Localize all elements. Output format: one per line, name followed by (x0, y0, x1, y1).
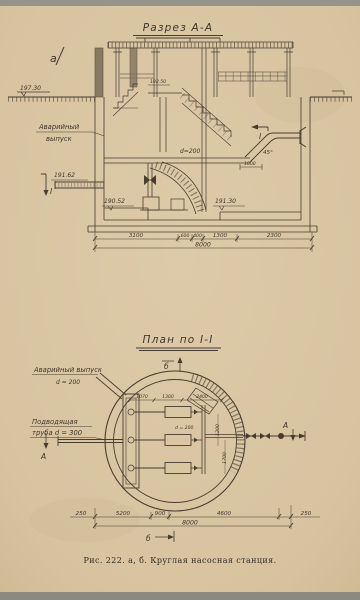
plan-marker-a-left: А (40, 452, 46, 461)
supply-pipe-label-2: труба d = 300 (32, 429, 82, 437)
plan-emergency-label-1: Аварийный выпуск (33, 366, 103, 374)
section-sub-label: а (50, 52, 57, 65)
elevation-floor-left: 190.52 (104, 198, 125, 205)
pipe-d200-label: d=200 (180, 148, 200, 155)
figure-222-drawing: Разрез А-А а 197.30 (0, 0, 360, 600)
riser-angle-label: 45° (263, 150, 273, 156)
check-valve-icon (278, 433, 284, 439)
elevation-ground: 197.30 (20, 85, 41, 92)
elevation-platform: 192.50 (150, 79, 166, 85)
plan-dim-900: 900 (155, 511, 166, 517)
elevation-floor-right: 191.30 (215, 198, 236, 205)
figure-caption: Рис. 222. а, б. Круглая насосная станция… (83, 556, 276, 565)
riser-offset-dim: 1000 (244, 161, 256, 167)
plan-dim-1200: 1200 (215, 424, 221, 436)
plan-marker-a-right: А (282, 421, 288, 430)
dim-3100: 3100 (129, 233, 144, 239)
stair-enclosure-wall (130, 48, 137, 87)
paper-stain (255, 67, 345, 123)
plan-dim-250-left: 250 (76, 511, 87, 517)
emergency-outlet-label-2: выпуск (46, 135, 73, 143)
plan-dim-5200: 5200 (116, 511, 131, 517)
dim-600: 600 (181, 233, 190, 239)
plan-pipe-d200-label: d = 200 (175, 425, 194, 431)
plan-dim-2400: 2400 (196, 394, 208, 400)
plan-dim-1070: 1070 (136, 394, 148, 400)
dim-1300: 1300 (213, 233, 228, 239)
elevation-inlet: 191.62 (54, 172, 75, 179)
plan-marker-b-bottom: б (146, 534, 151, 543)
left-wall-above-ground (95, 48, 103, 97)
plan-emergency-label-2: d = 200 (56, 379, 80, 386)
scan-edge-top (0, 0, 360, 6)
dim-400: 400 (193, 233, 202, 239)
plan-dim-4600: 4600 (217, 511, 232, 517)
plan-sub-label: б (164, 362, 169, 371)
scanned-figure-page: Разрез А-А а 197.30 (0, 0, 360, 600)
dim-total-8000: 8000 (195, 242, 211, 249)
plan-dim-250-right: 250 (301, 511, 312, 517)
dim-2300: 2300 (267, 233, 282, 239)
plan-title: План по I-I (142, 334, 213, 346)
plan-dim-total-8000: 8000 (182, 520, 198, 527)
scan-edge-bottom (0, 592, 360, 600)
section-title: Разрез А-А (143, 22, 214, 34)
plan-dim-1700: 1700 (222, 452, 228, 464)
paper-stain (30, 498, 140, 542)
emergency-outlet-label-1: Аварийный (38, 123, 80, 131)
plan-dim-1300: 1300 (162, 394, 174, 400)
supply-pipe-label-1: Подводящая (32, 418, 78, 426)
